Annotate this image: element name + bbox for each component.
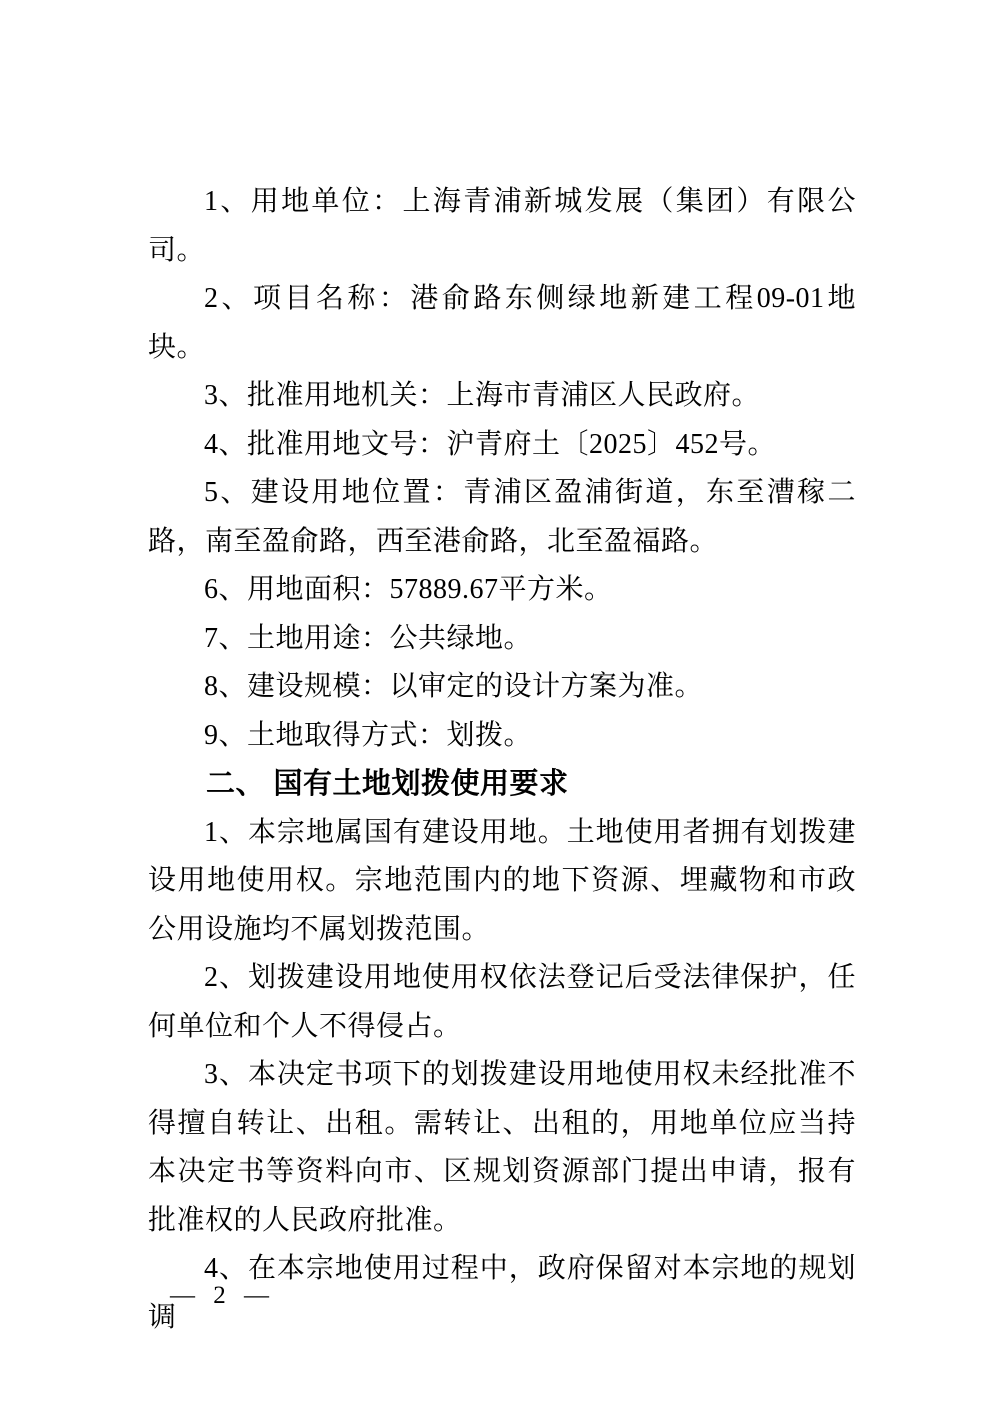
- list-item-land-area: 6、用地面积：57889.67平方米。: [148, 566, 856, 615]
- list-item-approving-authority: 3、批准用地机关：上海市青浦区人民政府。: [148, 372, 856, 421]
- list-item-acquisition-method: 9、土地取得方式：划拨。: [148, 712, 856, 761]
- list-item-land-use: 7、土地用途：公共绿地。: [148, 615, 856, 664]
- section-heading: 二、 国有土地划拨使用要求: [148, 760, 856, 809]
- document-body: 1、用地单位：上海青浦新城发展（集团）有限公司。 2、项目名称：港俞路东侧绿地新…: [148, 178, 856, 1342]
- list-item-land-user: 1、用地单位：上海青浦新城发展（集团）有限公司。: [148, 178, 856, 275]
- list-item-construction-scale: 8、建设规模：以审定的设计方案为准。: [148, 663, 856, 712]
- section-paragraph: 3、本决定书项下的划拨建设用地使用权未经批准不得擅自转让、出租。需转让、出租的，…: [148, 1051, 856, 1245]
- section-paragraph: 1、本宗地属国有建设用地。土地使用者拥有划拨建设用地使用权。宗地范围内的地下资源…: [148, 809, 856, 955]
- list-item-project-name: 2、项目名称：港俞路东侧绿地新建工程09-01地块。: [148, 275, 856, 372]
- list-item-approval-doc-number: 4、批准用地文号：沪青府土〔2025〕452号。: [148, 421, 856, 470]
- section-paragraph: 2、划拨建设用地使用权依法登记后受法律保护，任何单位和个人不得侵占。: [148, 954, 856, 1051]
- page-number: — 2 —: [170, 1281, 275, 1311]
- document-page: 1、用地单位：上海青浦新城发展（集团）有限公司。 2、项目名称：港俞路东侧绿地新…: [0, 0, 992, 1403]
- list-item-site-location: 5、建设用地位置：青浦区盈浦街道，东至漕稼二路，南至盈俞路，西至港俞路，北至盈福…: [148, 469, 856, 566]
